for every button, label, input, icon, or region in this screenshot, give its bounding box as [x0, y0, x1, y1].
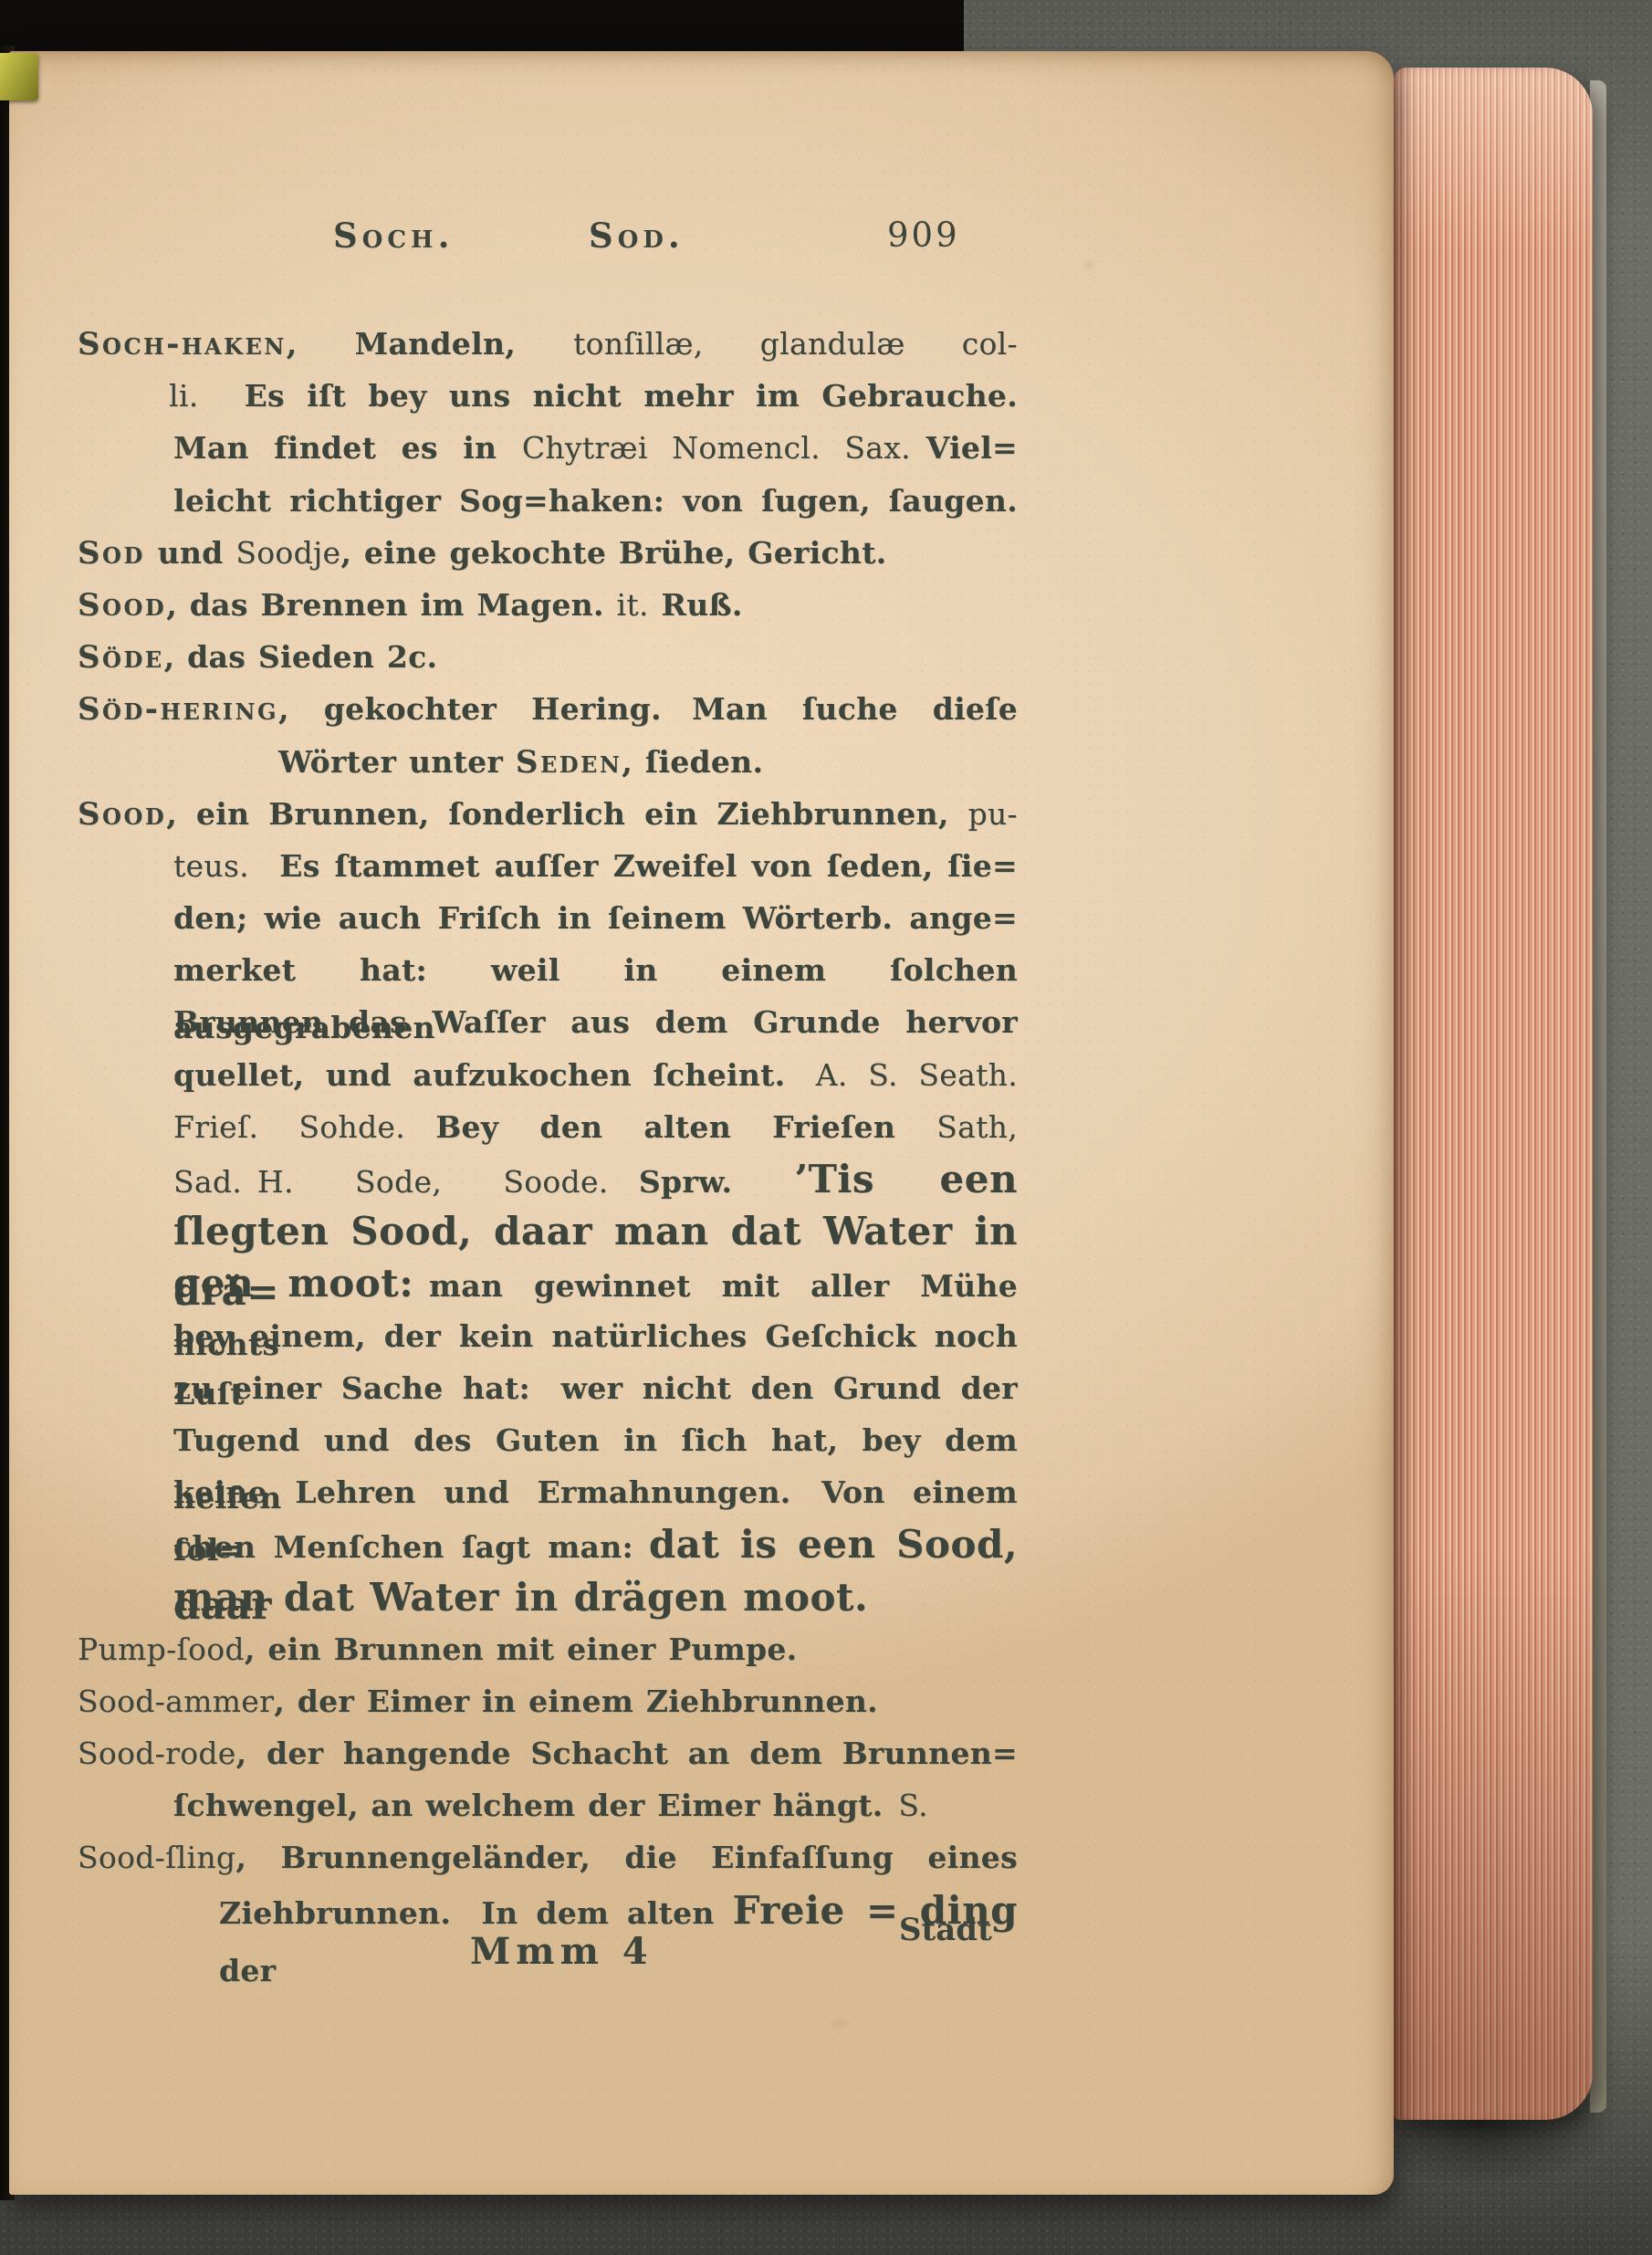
- text-segment-ro: Sood-ſling: [78, 1840, 235, 1875]
- text-segment-ro: Pump-ſood: [78, 1631, 245, 1667]
- text-segment-ro: teus.: [173, 848, 279, 884]
- text-segment-fr: quellet, und aufzukochen ſcheint.: [173, 1057, 816, 1093]
- text-segment-sc: Sod: [78, 535, 145, 572]
- text-line: bey einem, der kein natürliches Geſchick…: [9, 1310, 1018, 1362]
- text-segment-sc: Seden: [516, 744, 622, 781]
- signature-row: Mmm 4 Stadt: [9, 1930, 1018, 1994]
- text-segment-ro: Frieſ. Sohde.: [173, 1109, 435, 1145]
- text-line: leicht richtiger Sog=haken: von ſugen, ſ…: [9, 475, 1018, 527]
- text-segment-fr: , ſieden.: [622, 744, 763, 780]
- page-block-fore-edge: [1394, 68, 1593, 2120]
- text-segment-fr: , Brunnengeländer, die Einfaſſung eines: [235, 1840, 1018, 1875]
- text-segment-fr: Man findet es in: [173, 430, 522, 466]
- text-segment-ro: A. S. Seath.: [816, 1057, 1018, 1093]
- text-segment-fr: Viel=: [911, 430, 1018, 466]
- text-line: Söd-hering, gekochter Hering. Man ſuche …: [9, 683, 1018, 735]
- text-segment-fr: , das Brennen im Magen.: [166, 587, 616, 623]
- catchword: Stadt: [899, 1912, 992, 1948]
- text-segment-ro: S.: [898, 1788, 928, 1823]
- text-segment-fr: ſchwengel, an welchem der Eimer hängt.: [173, 1788, 898, 1823]
- text-segment-fr: Es ſtammet auſſer Zweifel von ſeden, ſie…: [279, 848, 1018, 884]
- text-segment-fr: , ein Brunnen, ſonderlich ein Ziehbrunne…: [166, 796, 967, 832]
- text-segment-fr: und: [145, 535, 236, 571]
- text-segment-fr: , eine gekochte Brühe, Gericht.: [340, 535, 886, 571]
- bookmark-ribbon: [0, 53, 38, 100]
- text-segment-ro: Chytræi Nomencl. Sax.: [522, 430, 911, 466]
- text-segment-lg: man dat Water in drägen moot.: [173, 1575, 868, 1620]
- text-line: Frieſ. Sohde. Bey den alten Frieſen Sath…: [9, 1101, 1018, 1153]
- text-line: Sood-ammer, der Eimer in einem Ziehbrunn…: [9, 1675, 1018, 1727]
- text-line: merket hat: weil in einem ſolchen ausgeg…: [9, 944, 1018, 996]
- text-line: Pump-ſood, ein Brunnen mit einer Pumpe.: [9, 1623, 1018, 1675]
- text-segment-ro: Sood-ammer: [78, 1683, 274, 1719]
- text-line: zu einer Sache hat: wer nicht den Grund …: [9, 1362, 1018, 1414]
- text-segment-sc: Soch-haken: [78, 326, 287, 362]
- text-segment-ro: it.: [617, 587, 649, 623]
- text-segment-fr: Ruß.: [649, 587, 743, 623]
- header-word-left: Soch.: [333, 215, 455, 256]
- text-line: Soch-haken, Mandeln, tonſillæ, glandulæ …: [9, 318, 1018, 370]
- text-line: Tugend und des Guten in ſich hat, bey de…: [9, 1414, 1018, 1466]
- text-segment-ro: li.: [169, 378, 245, 414]
- photo-scene: Soch. Sod. 909 Soch-haken, Mandeln, tonſ…: [0, 0, 1652, 2255]
- text-line: Sood-rode, der hangende Schacht an dem B…: [9, 1727, 1018, 1779]
- text-line: Sad. H. Sode, Soode. Sprw. ’Tis een: [9, 1153, 1018, 1205]
- text-segment-fr: Ziehbrunnen. In dem alten: [219, 1895, 733, 1931]
- signature-mark: Mmm 4: [470, 1930, 653, 1973]
- text-segment-fr: Brunnen das Waſſer aus dem Grunde hervor: [173, 1004, 1018, 1040]
- text-segment-sc: Söde: [78, 639, 164, 676]
- text-segment-fr: , Mandeln,: [287, 326, 573, 362]
- text-segment-fr: Sprw.: [639, 1164, 795, 1200]
- text-segment-fr: zu einer Sache hat: wer nicht den Grund …: [173, 1370, 1018, 1406]
- text-segment-lg: gen moot:: [173, 1261, 413, 1306]
- text-segment-fr: , ein Brunnen mit einer Pumpe.: [245, 1631, 798, 1667]
- text-segment-fr: , der hangende Schacht an dem Brunnen=: [236, 1736, 1018, 1771]
- text-line: gen moot: man gewinnet mit aller Mühe ni…: [9, 1257, 1018, 1309]
- text-segment-fr: Es iſt bey uns nicht mehr im Gebrauche.: [245, 378, 1018, 414]
- text-line: quellet, und aufzukochen ſcheint. A. S. …: [9, 1049, 1018, 1101]
- body-text: Soch-haken, Mandeln, tonſillæ, glandulæ …: [9, 318, 1018, 1936]
- text-segment-ro: Sath,: [936, 1109, 1018, 1145]
- text-line: li. Es iſt bey uns nicht mehr im Gebrauc…: [9, 370, 1018, 422]
- text-segment-fr: leicht richtiger Sog=haken: von ſugen, ſ…: [173, 483, 1018, 519]
- text-line: ſchwengel, an welchem der Eimer hängt. S…: [9, 1779, 1018, 1831]
- text-segment-fr: Bey den alten Frieſen: [435, 1109, 936, 1145]
- text-line: chen Menſchen ſagt man: dat is een Sood,…: [9, 1518, 1018, 1570]
- text-line: Wörter unter Seden, ſieden.: [9, 736, 1018, 788]
- text-line: ſlegten Sood, daar man dat Water in drä=: [9, 1205, 1018, 1257]
- text-segment-fr: Wörter unter: [278, 744, 516, 780]
- text-segment-fr: , der Eimer in einem Ziehbrunnen.: [274, 1683, 878, 1719]
- book-page: Soch. Sod. 909 Soch-haken, Mandeln, tonſ…: [9, 51, 1394, 2195]
- text-segment-sc: Sood: [78, 796, 166, 833]
- text-line: Ziehbrunnen. In dem alten Freie = ding d…: [9, 1884, 1018, 1936]
- photo-black-edge: [0, 0, 964, 51]
- text-segment-lg: ’Tis een: [795, 1157, 1019, 1201]
- text-line: Sod und Soodje, eine gekochte Brühe, Ger…: [9, 527, 1018, 579]
- text-segment-ro: Soodje: [235, 535, 340, 571]
- text-line: keine Lehren und Ermahnungen. Von einem …: [9, 1466, 1018, 1518]
- text-segment-fr: , gekochter Hering. Man ſuche dieſe: [278, 691, 1018, 727]
- text-line: teus. Es ſtammet auſſer Zweifel von ſede…: [9, 840, 1018, 892]
- text-line: Brunnen das Waſſer aus dem Grunde hervor: [9, 996, 1018, 1048]
- text-line: Söde, das Sieden 2c.: [9, 631, 1018, 683]
- header-word-right: Sod.: [589, 215, 685, 256]
- text-segment-sc: Söd-hering: [78, 691, 278, 728]
- text-segment-ro: Sad. H. Sode, Soode.: [173, 1164, 639, 1200]
- text-segment-fr: chen Menſchen ſagt man:: [173, 1529, 649, 1565]
- text-line: Sood, das Brennen im Magen. it. Ruß.: [9, 579, 1018, 631]
- text-segment-fr: , das Sieden 2c.: [164, 639, 438, 675]
- text-segment-sc: Sood: [78, 587, 166, 624]
- page-number: 909: [887, 215, 960, 255]
- text-line: man dat Water in drägen moot.: [9, 1571, 1018, 1623]
- text-line: Man findet es in Chytræi Nomencl. Sax. V…: [9, 422, 1018, 474]
- text-segment-ro: pu-: [968, 796, 1018, 832]
- text-line: Sood-ſling, Brunnengeländer, die Einfaſſ…: [9, 1831, 1018, 1883]
- text-segment-ro: tonſillæ, glandulæ col-: [573, 326, 1018, 362]
- text-line: den; wie auch Friſch in ſeinem Wörterb. …: [9, 892, 1018, 944]
- text-segment-fr: den; wie auch Friſch in ſeinem Wörterb. …: [173, 900, 1018, 936]
- text-line: Sood, ein Brunnen, ſonderlich ein Ziehbr…: [9, 788, 1018, 840]
- text-segment-ro: Sood-rode: [78, 1736, 236, 1771]
- running-header: Soch. Sod. 909: [9, 51, 1394, 270]
